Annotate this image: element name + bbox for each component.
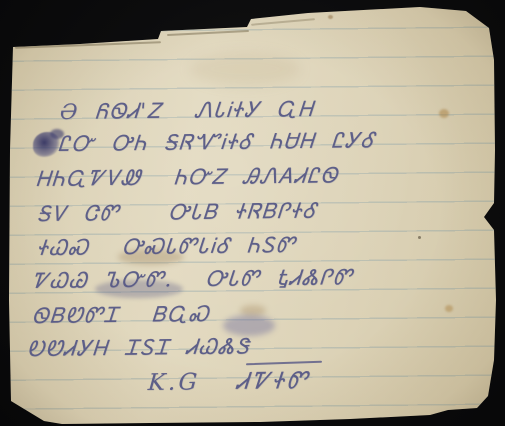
handwriting-line: ᏐᏇᏍ ᎤᏍᏓᏛᏓᎥᎴ ᏂᏚᏛ <box>36 234 297 260</box>
handwriting-line: ᏝᏅ ᎤᏂ ᎦᏒᏉᎥᏐᎴ ᏂᏌᎻ ᏝᎩᎴ <box>57 129 376 156</box>
foxing-spot <box>439 109 449 118</box>
handwritten-underline <box>246 361 322 366</box>
foxing-spot <box>445 305 453 312</box>
handwriting-line: ᎻᏂᏩᏤᏙᏪ ᏂᏅᏃ ᎯᏁᎪᏗᏝᏫ <box>35 164 339 191</box>
paper-crease <box>251 18 315 26</box>
photo-background: Ə ᏲᏫᏗ'Ꮓ ᏁᏓᎥᏐᎩ ᏩᎻ ᏝᏅ ᎤᏂ ᎦᏒᏉᎥᏐᎴ ᏂᏌᎻ ᏝᎩᎴ ᎻᏂ… <box>0 0 505 426</box>
foxing-spot <box>328 15 333 19</box>
signature-line: K.G ᏗᏤᏐᏛ <box>147 369 311 396</box>
handwriting-line: Ə ᏲᏫᏗ'Ꮓ ᏁᏓᎥᏐᎩ ᏩᎻ <box>59 98 315 124</box>
paper-crease <box>167 30 249 36</box>
handwriting-line: ᏤᏇᏊ ᏖᏅᏛ. ᎤᏓᏛ ᎿᏗᏜᎵᏛ <box>31 266 354 293</box>
handwriting-line: ᎧᏬᏗᎩᎻ ᏆᏚᏆ ᏗᏇᏜᏕ <box>26 335 251 361</box>
ink-smear <box>223 315 275 336</box>
foxing-spot <box>418 236 421 239</box>
handwriting-line: ᎦᏙ ᏣᏛ ᎤᏓᏴ ᏐᏒᏴᎵᏐᎴ <box>36 200 318 227</box>
paper-crease <box>15 41 161 49</box>
note-paper: Ə ᏲᏫᏗ'Ꮓ ᏁᏓᎥᏐᎩ ᏩᎻ ᏝᏅ ᎤᏂ ᎦᏒᏉᎥᏐᎴ ᏂᏌᎻ ᏝᎩᎴ ᎻᏂ… <box>0 0 505 426</box>
handwriting-line: ᏫᏴᏬᏛᏆ ᏴᏩᏍ <box>31 303 211 328</box>
stain <box>190 52 300 86</box>
